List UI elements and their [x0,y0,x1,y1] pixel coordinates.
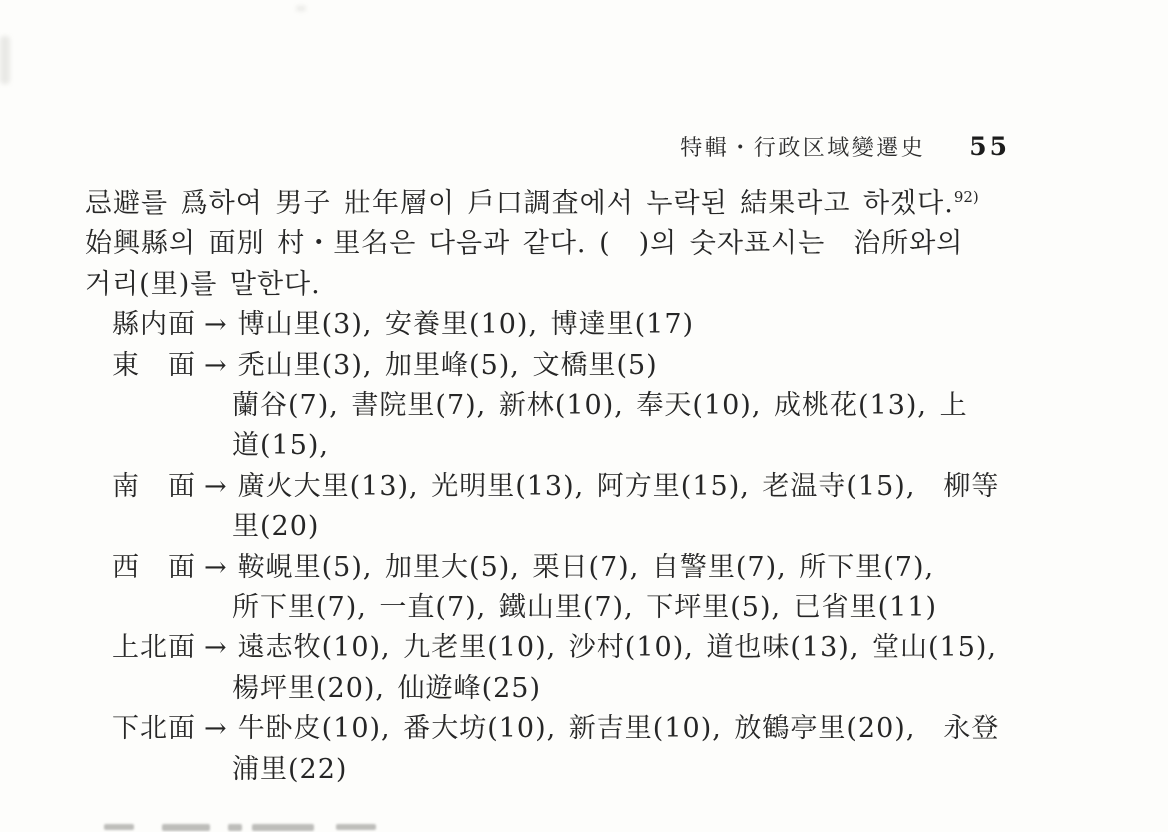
district-entry-line: 東 面→禿山里(3), 加里峰(5), 文橋里(5) [85,346,1095,386]
cutoff-fragment [162,824,210,831]
district-entry-line: 南 面→廣火大里(13), 光明里(13), 阿方里(15), 老温寺(15),… [85,467,1095,507]
intro-line-2: 始興縣의 面別 村・里名은 다음과 같다. ( )의 숫자표시는 治所와의 [85,228,963,259]
village-list: 縣内面→博山里(3), 安養里(10), 博達里(17)東 面→禿山里(3), … [85,305,1095,790]
district-entry-line: 西 面→鞍峴里(5), 加里大(5), 栗日(7), 自警里(7), 所下里(7… [85,548,1095,588]
district-name: 上北面 [112,628,196,668]
village-names: 牛卧皮(10), 番大坊(10), 新吉里(10), 放鶴亭里(20), 永登 [238,713,1000,744]
district-entry-line: 上北面→遠志牧(10), 九老里(10), 沙村(10), 道也味(13), 堂… [85,628,1095,668]
village-names: 廣火大里(13), 光明里(13), 阿方里(15), 老温寺(15), 柳等 [238,471,1000,502]
district-name: 東 面 [112,346,196,386]
arrow-glyph: → [204,305,228,345]
village-names: 禿山里(3), 加里峰(5), 文橋里(5) [238,350,658,381]
page-number: 55 [969,132,1010,161]
footnote-reference: 92) [954,188,979,206]
arrow-glyph: → [204,628,228,668]
district-continuation-line: 蘭谷(7), 書院里(7), 新林(10), 奉天(10), 成桃花(13), … [85,386,1095,426]
district-continuation-line: 里(20) [85,507,1095,547]
arrow-glyph: → [204,709,228,749]
arrow-glyph: → [204,467,228,507]
village-names: 博山里(3), 安養里(10), 博達里(17) [238,309,694,340]
intro-line-1: 忌避를 爲하여 男子 壯年層이 戶口調査에서 누락된 結果라고 하겠다. [85,188,954,219]
village-names: 浦里(22) [232,754,347,785]
village-names: 所下里(7), 一直(7), 鐵山里(7), 下坪里(5), 已省里(11) [232,592,937,623]
scanned-document-page: 特輯・行政区域變遷史55 忌避를 爲하여 男子 壯年層이 戶口調査에서 누락된 … [0,0,1168,832]
paragraph-line: 忌避를 爲하여 男子 壯年層이 戶口調査에서 누락된 結果라고 하겠다.92) [85,184,1095,224]
body-text: 忌避를 爲하여 男子 壯年層이 戶口調査에서 누락된 結果라고 하겠다.92) … [85,184,1095,790]
district-name: 縣内面 [112,305,196,345]
district-name: 西 面 [112,548,196,588]
arrow-glyph: → [204,346,228,386]
scan-smudge [296,6,306,11]
cutoff-fragment [252,824,314,831]
paragraph-line: 始興縣의 面別 村・里名은 다음과 같다. ( )의 숫자표시는 治所와의 [85,224,1095,264]
running-header: 特輯・行政区域變遷史55 [0,112,1010,181]
village-names: 里(20) [232,511,319,542]
district-entry-line: 縣内面→博山里(3), 安養里(10), 博達里(17) [85,305,1095,345]
village-names: 蘭谷(7), 書院里(7), 新林(10), 奉天(10), 成桃花(13), … [232,390,968,421]
district-continuation-line: 所下里(7), 一直(7), 鐵山里(7), 下坪里(5), 已省里(11) [85,588,1095,628]
village-names: 楊坪里(20), 仙遊峰(25) [232,673,541,704]
village-names: 遠志牧(10), 九老里(10), 沙村(10), 道也味(13), 堂山(15… [238,632,997,663]
cutoff-fragment [336,824,376,830]
district-continuation-line: 道(15), [85,426,1095,466]
district-continuation-line: 浦里(22) [85,750,1095,790]
district-name: 南 面 [112,467,196,507]
village-names: 鞍峴里(5), 加里大(5), 栗日(7), 自警里(7), 所下里(7), [238,552,934,583]
intro-line-3: 거리(里)를 말한다. [85,269,321,300]
village-names: 道(15), [232,430,329,461]
cutoff-fragment [228,824,242,831]
district-entry-line: 下北面→牛卧皮(10), 番大坊(10), 新吉里(10), 放鶴亭里(20),… [85,709,1095,749]
arrow-glyph: → [204,548,228,588]
district-continuation-line: 楊坪里(20), 仙遊峰(25) [85,669,1095,709]
scan-smudge [0,36,10,84]
district-name: 下北面 [112,709,196,749]
paragraph-line: 거리(里)를 말한다. [85,265,1095,305]
article-title: 特輯・行政区域變遷史 [680,136,925,161]
cutoff-fragment [104,824,134,830]
